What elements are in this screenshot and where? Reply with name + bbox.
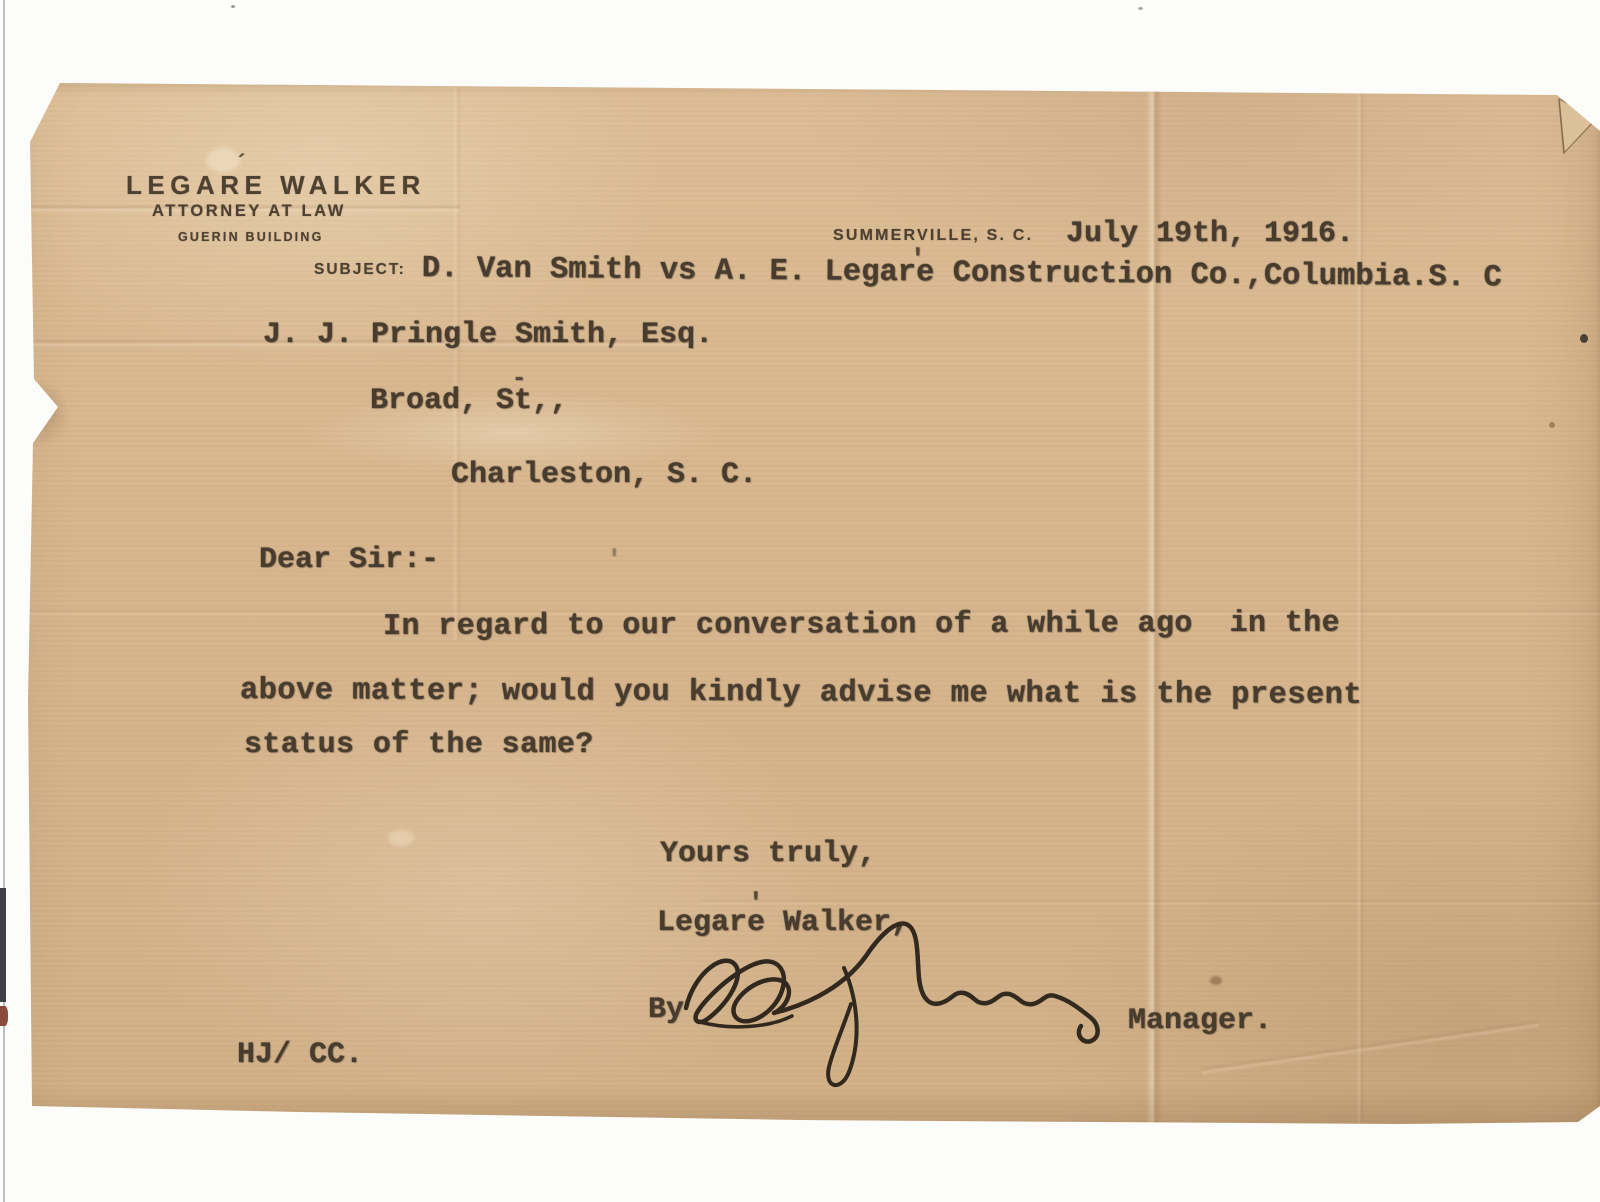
folded-corner bbox=[1552, 94, 1600, 158]
worn-spot bbox=[206, 148, 240, 172]
recipient-street: Broad, St,, bbox=[370, 386, 568, 416]
letterhead-title: ATTORNEY AT LAW bbox=[152, 202, 346, 221]
worn-spot bbox=[388, 830, 414, 846]
scan-speck bbox=[1138, 7, 1143, 10]
handwritten-signature bbox=[640, 910, 1120, 1110]
horizontal-crease bbox=[700, 898, 1600, 906]
dateline-date: July 19th, 1916. bbox=[1066, 219, 1354, 249]
body-line-1: In regard to our conversation of a while… bbox=[383, 609, 1340, 642]
subject-accent-mark: ' bbox=[910, 246, 926, 272]
scanner-red-mark bbox=[0, 1006, 8, 1026]
subject-label: SUBJECT: bbox=[314, 261, 406, 279]
scanned-letter-page: LEGARE WALKER ´ ATTORNEY AT LAW GUERIN B… bbox=[0, 0, 1600, 1202]
recipient-street-overstrike: - bbox=[512, 368, 526, 392]
valediction: Yours truly, bbox=[660, 839, 876, 869]
letterhead-accent-mark: ´ bbox=[238, 150, 245, 176]
stray-apostrophe-mark: ' bbox=[607, 549, 621, 573]
paper-stain bbox=[1210, 976, 1222, 985]
reference-initials: HJ/ CC. bbox=[237, 1040, 363, 1070]
body-line-3: status of the same? bbox=[244, 730, 594, 760]
letter-paper: LEGARE WALKER ´ ATTORNEY AT LAW GUERIN B… bbox=[0, 0, 1600, 1202]
recipient-name: J. J. Pringle Smith, Esq. bbox=[263, 320, 713, 350]
paper-stain bbox=[1549, 422, 1555, 428]
recipient-city: Charleston, S. C. bbox=[451, 460, 757, 490]
body-line-2: above matter; would you kindly advise me… bbox=[240, 676, 1362, 711]
manager-title: Manager. bbox=[1128, 1006, 1272, 1036]
ink-speck bbox=[1580, 334, 1588, 343]
paper-top-edge-shading bbox=[0, 80, 1600, 96]
vertical-fold-crease bbox=[1356, 0, 1365, 1202]
vertical-fold-crease bbox=[452, 80, 462, 640]
salutation: Dear Sir:- bbox=[259, 545, 439, 575]
letterhead-name: LEGARE WALKER bbox=[126, 170, 426, 201]
subject-text: D. Van Smith vs A. E. Legare Constructio… bbox=[422, 254, 1502, 294]
scanner-dark-strip bbox=[0, 888, 6, 1002]
scan-speck bbox=[231, 5, 235, 8]
left-edge-tear-notch bbox=[28, 378, 70, 448]
dateline-place: SUMMERVILLE, S. C. bbox=[833, 227, 1033, 245]
letterhead-building: GUERIN BUILDING bbox=[178, 230, 324, 244]
